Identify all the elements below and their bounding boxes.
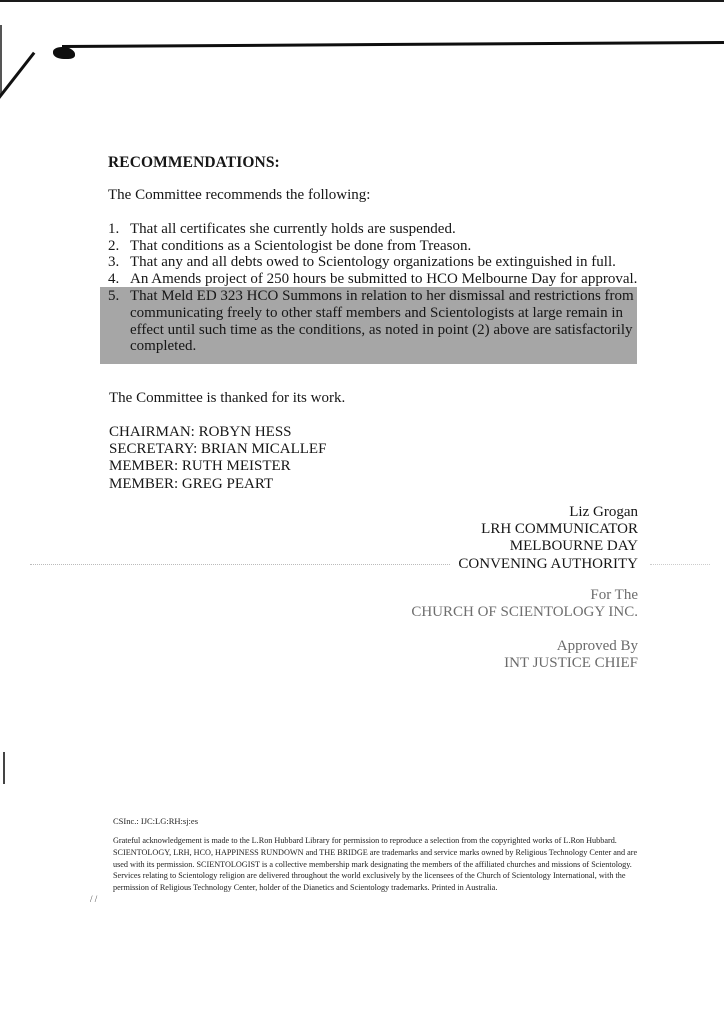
for-label: For The [411, 587, 638, 604]
item-number: 5. [108, 288, 130, 354]
signer-role: CONVENING AUTHORITY [458, 556, 638, 573]
item-text: That Meld ED 323 HCO Summons in relation… [130, 288, 638, 354]
approved-label: Approved By [504, 638, 638, 655]
approved-authority: INT JUSTICE CHIEF [504, 655, 638, 672]
item-number: 4. [108, 271, 130, 288]
item-text: That conditions as a Scientologist be do… [130, 238, 638, 255]
signer-org: MELBOURNE DAY [458, 538, 638, 555]
recommendations-list: 1. That all certificates she currently h… [108, 221, 638, 355]
acknowledgement-text: Grateful acknowledgement is made to the … [113, 835, 643, 894]
signature-block: Liz Grogan LRH COMMUNICATOR MELBOURNE DA… [458, 504, 638, 573]
list-item: 4. An Amends project of 250 hours be sub… [108, 271, 638, 288]
signer-title: LRH COMMUNICATOR [458, 521, 638, 538]
item-text: An Amends project of 250 hours be submit… [130, 271, 638, 288]
item-number: 1. [108, 221, 130, 238]
for-org: CHURCH OF SCIENTOLOGY INC. [411, 604, 638, 621]
committee-members: CHAIRMAN: ROBYN HESS SECRETARY: BRIAN MI… [109, 424, 326, 493]
reference-code: CSInc.: IJC:LG:RH:sj:es [113, 816, 198, 826]
scan-noise [650, 564, 710, 566]
approved-block: Approved By INT JUSTICE CHIEF [504, 638, 638, 672]
item-number: 3. [108, 254, 130, 271]
scan-rule-line [62, 41, 724, 48]
committee-member: MEMBER: RUTH MEISTER [109, 458, 326, 475]
committee-secretary: SECRETARY: BRIAN MICALLEF [109, 441, 326, 458]
committee-member: MEMBER: GREG PEART [109, 476, 326, 493]
scan-mark [3, 752, 5, 784]
scan-diagonal-line [0, 52, 35, 103]
signer-name: Liz Grogan [458, 504, 638, 521]
list-item: 1. That all certificates she currently h… [108, 221, 638, 238]
scan-edge [0, 0, 724, 2]
intro-text: The Committee recommends the following: [108, 187, 370, 204]
item-text: That any and all debts owed to Scientolo… [130, 254, 638, 271]
scan-ink-blot [53, 47, 75, 59]
list-item: 3. That any and all debts owed to Scient… [108, 254, 638, 271]
for-block: For The CHURCH OF SCIENTOLOGY INC. [411, 587, 638, 621]
item-number: 2. [108, 238, 130, 255]
scan-mark [0, 25, 2, 95]
item-text: That all certificates she currently hold… [130, 221, 638, 238]
committee-chairman: CHAIRMAN: ROBYN HESS [109, 424, 326, 441]
margin-mark: / / [90, 894, 97, 904]
list-item-highlighted: 5. That Meld ED 323 HCO Summons in relat… [108, 288, 638, 354]
list-item: 2. That conditions as a Scientologist be… [108, 238, 638, 255]
thanks-line: The Committee is thanked for its work. [109, 390, 345, 407]
section-heading: RECOMMENDATIONS: [108, 154, 280, 172]
scan-noise [30, 564, 450, 566]
